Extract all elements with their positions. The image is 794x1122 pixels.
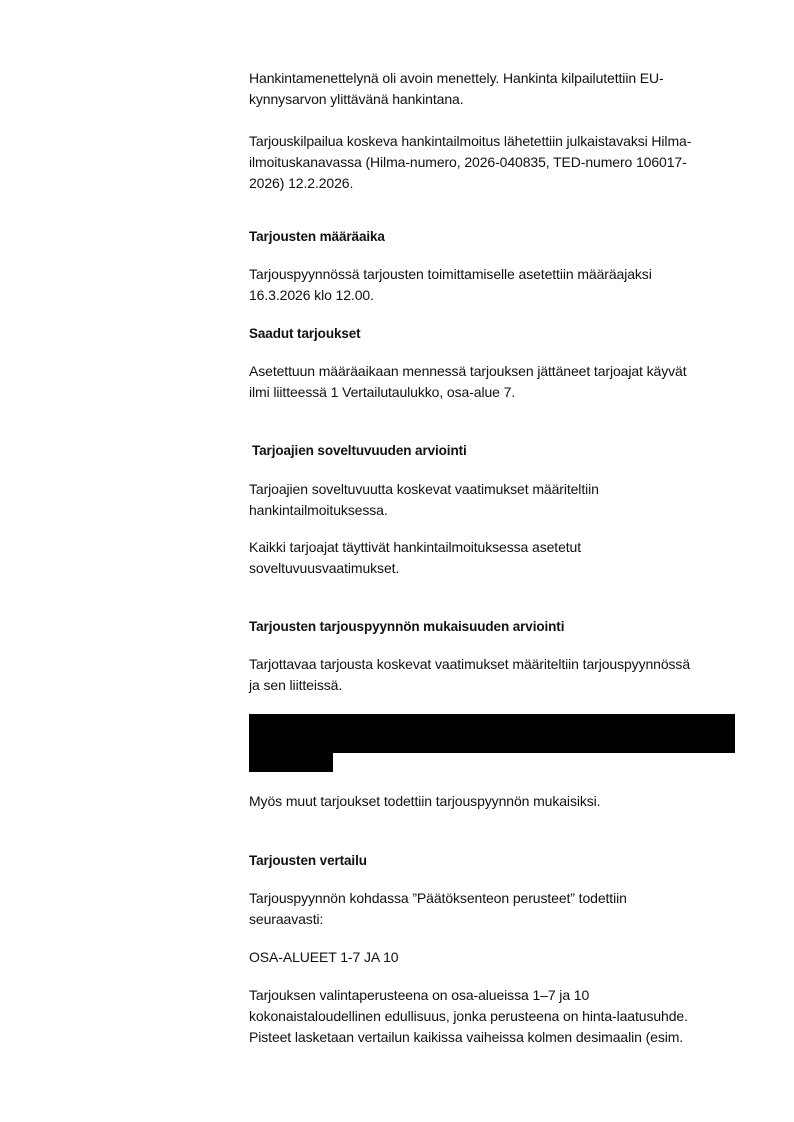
text-line: Pisteet lasketaan vertailun kaikissa vai… bbox=[249, 1027, 729, 1048]
text-line: Tarjouspyynnössä tarjousten toimittamise… bbox=[249, 264, 729, 285]
text-line: Tarjouksen valintaperusteena on osa-alue… bbox=[249, 985, 729, 1006]
paragraph-comparison: Tarjouspyynnön kohdassa ”Päätöksenteon p… bbox=[249, 888, 729, 930]
text-line: Kaikki tarjoajat täyttivät hankintailmoi… bbox=[249, 537, 729, 558]
text-line: hankintailmoituksessa. bbox=[249, 500, 729, 521]
paragraph-deadline: Tarjouspyynnössä tarjousten toimittamise… bbox=[249, 264, 729, 306]
text-line: ilmi liitteessä 1 Vertailutaulukko, osa-… bbox=[249, 382, 729, 403]
document-page: Hankintamenettelynä oli avoin menettely.… bbox=[0, 0, 794, 1122]
text-line: Tarjouspyynnön kohdassa ”Päätöksenteon p… bbox=[249, 888, 729, 909]
heading-comparison: Tarjousten vertailu bbox=[249, 850, 729, 871]
paragraph-received-offers: Asetettuun määräaikaan mennessä tarjouks… bbox=[249, 361, 729, 403]
paragraph-suitability-1: Tarjoajien soveltuvuutta koskevat vaatim… bbox=[249, 479, 729, 521]
heading-conformity: Tarjousten tarjouspyynnön mukaisuuden ar… bbox=[249, 616, 729, 637]
redaction-block bbox=[249, 752, 333, 772]
text-line: seuraavasti: bbox=[249, 909, 729, 930]
paragraph-procedure: Hankintamenettelynä oli avoin menettely.… bbox=[249, 68, 729, 110]
heading-suitability: Tarjoajien soveltuvuuden arviointi bbox=[252, 440, 732, 461]
heading-received-offers: Saadut tarjoukset bbox=[249, 323, 729, 344]
paragraph-criteria: Tarjouksen valintaperusteena on osa-alue… bbox=[249, 985, 729, 1048]
redaction-block bbox=[249, 714, 735, 753]
paragraph-notice: Tarjouskilpailua koskeva hankintailmoitu… bbox=[249, 131, 729, 194]
paragraph-other-offers: Myös muut tarjoukset todettiin tarjouspy… bbox=[249, 791, 729, 812]
text-line: 2026) 12.2.2026. bbox=[249, 173, 729, 194]
paragraph-suitability-2: Kaikki tarjoajat täyttivät hankintailmoi… bbox=[249, 537, 729, 579]
text-line: Hankintamenettelynä oli avoin menettely.… bbox=[249, 68, 729, 89]
text-line: 16.3.2026 klo 12.00. bbox=[249, 285, 729, 306]
heading-deadline: Tarjousten määräaika bbox=[249, 226, 729, 247]
text-line: soveltuvuusvaatimukset. bbox=[249, 558, 729, 579]
text-line: Tarjouskilpailua koskeva hankintailmoitu… bbox=[249, 131, 729, 152]
text-line: kynnysarvon ylittävänä hankintana. bbox=[249, 89, 729, 110]
paragraph-areas: OSA-ALUEET 1-7 JA 10 bbox=[249, 947, 729, 968]
text-line: ilmoituskanavassa (Hilma-numero, 2026-04… bbox=[249, 152, 729, 173]
text-line: ja sen liitteissä. bbox=[249, 675, 729, 696]
text-line: kokonaistaloudellinen edullisuus, jonka … bbox=[249, 1006, 729, 1027]
paragraph-conformity: Tarjottavaa tarjousta koskevat vaatimuks… bbox=[249, 654, 729, 696]
text-line: Asetettuun määräaikaan mennessä tarjouks… bbox=[249, 361, 729, 382]
text-line: Tarjoajien soveltuvuutta koskevat vaatim… bbox=[249, 479, 729, 500]
text-line: Tarjottavaa tarjousta koskevat vaatimuks… bbox=[249, 654, 729, 675]
